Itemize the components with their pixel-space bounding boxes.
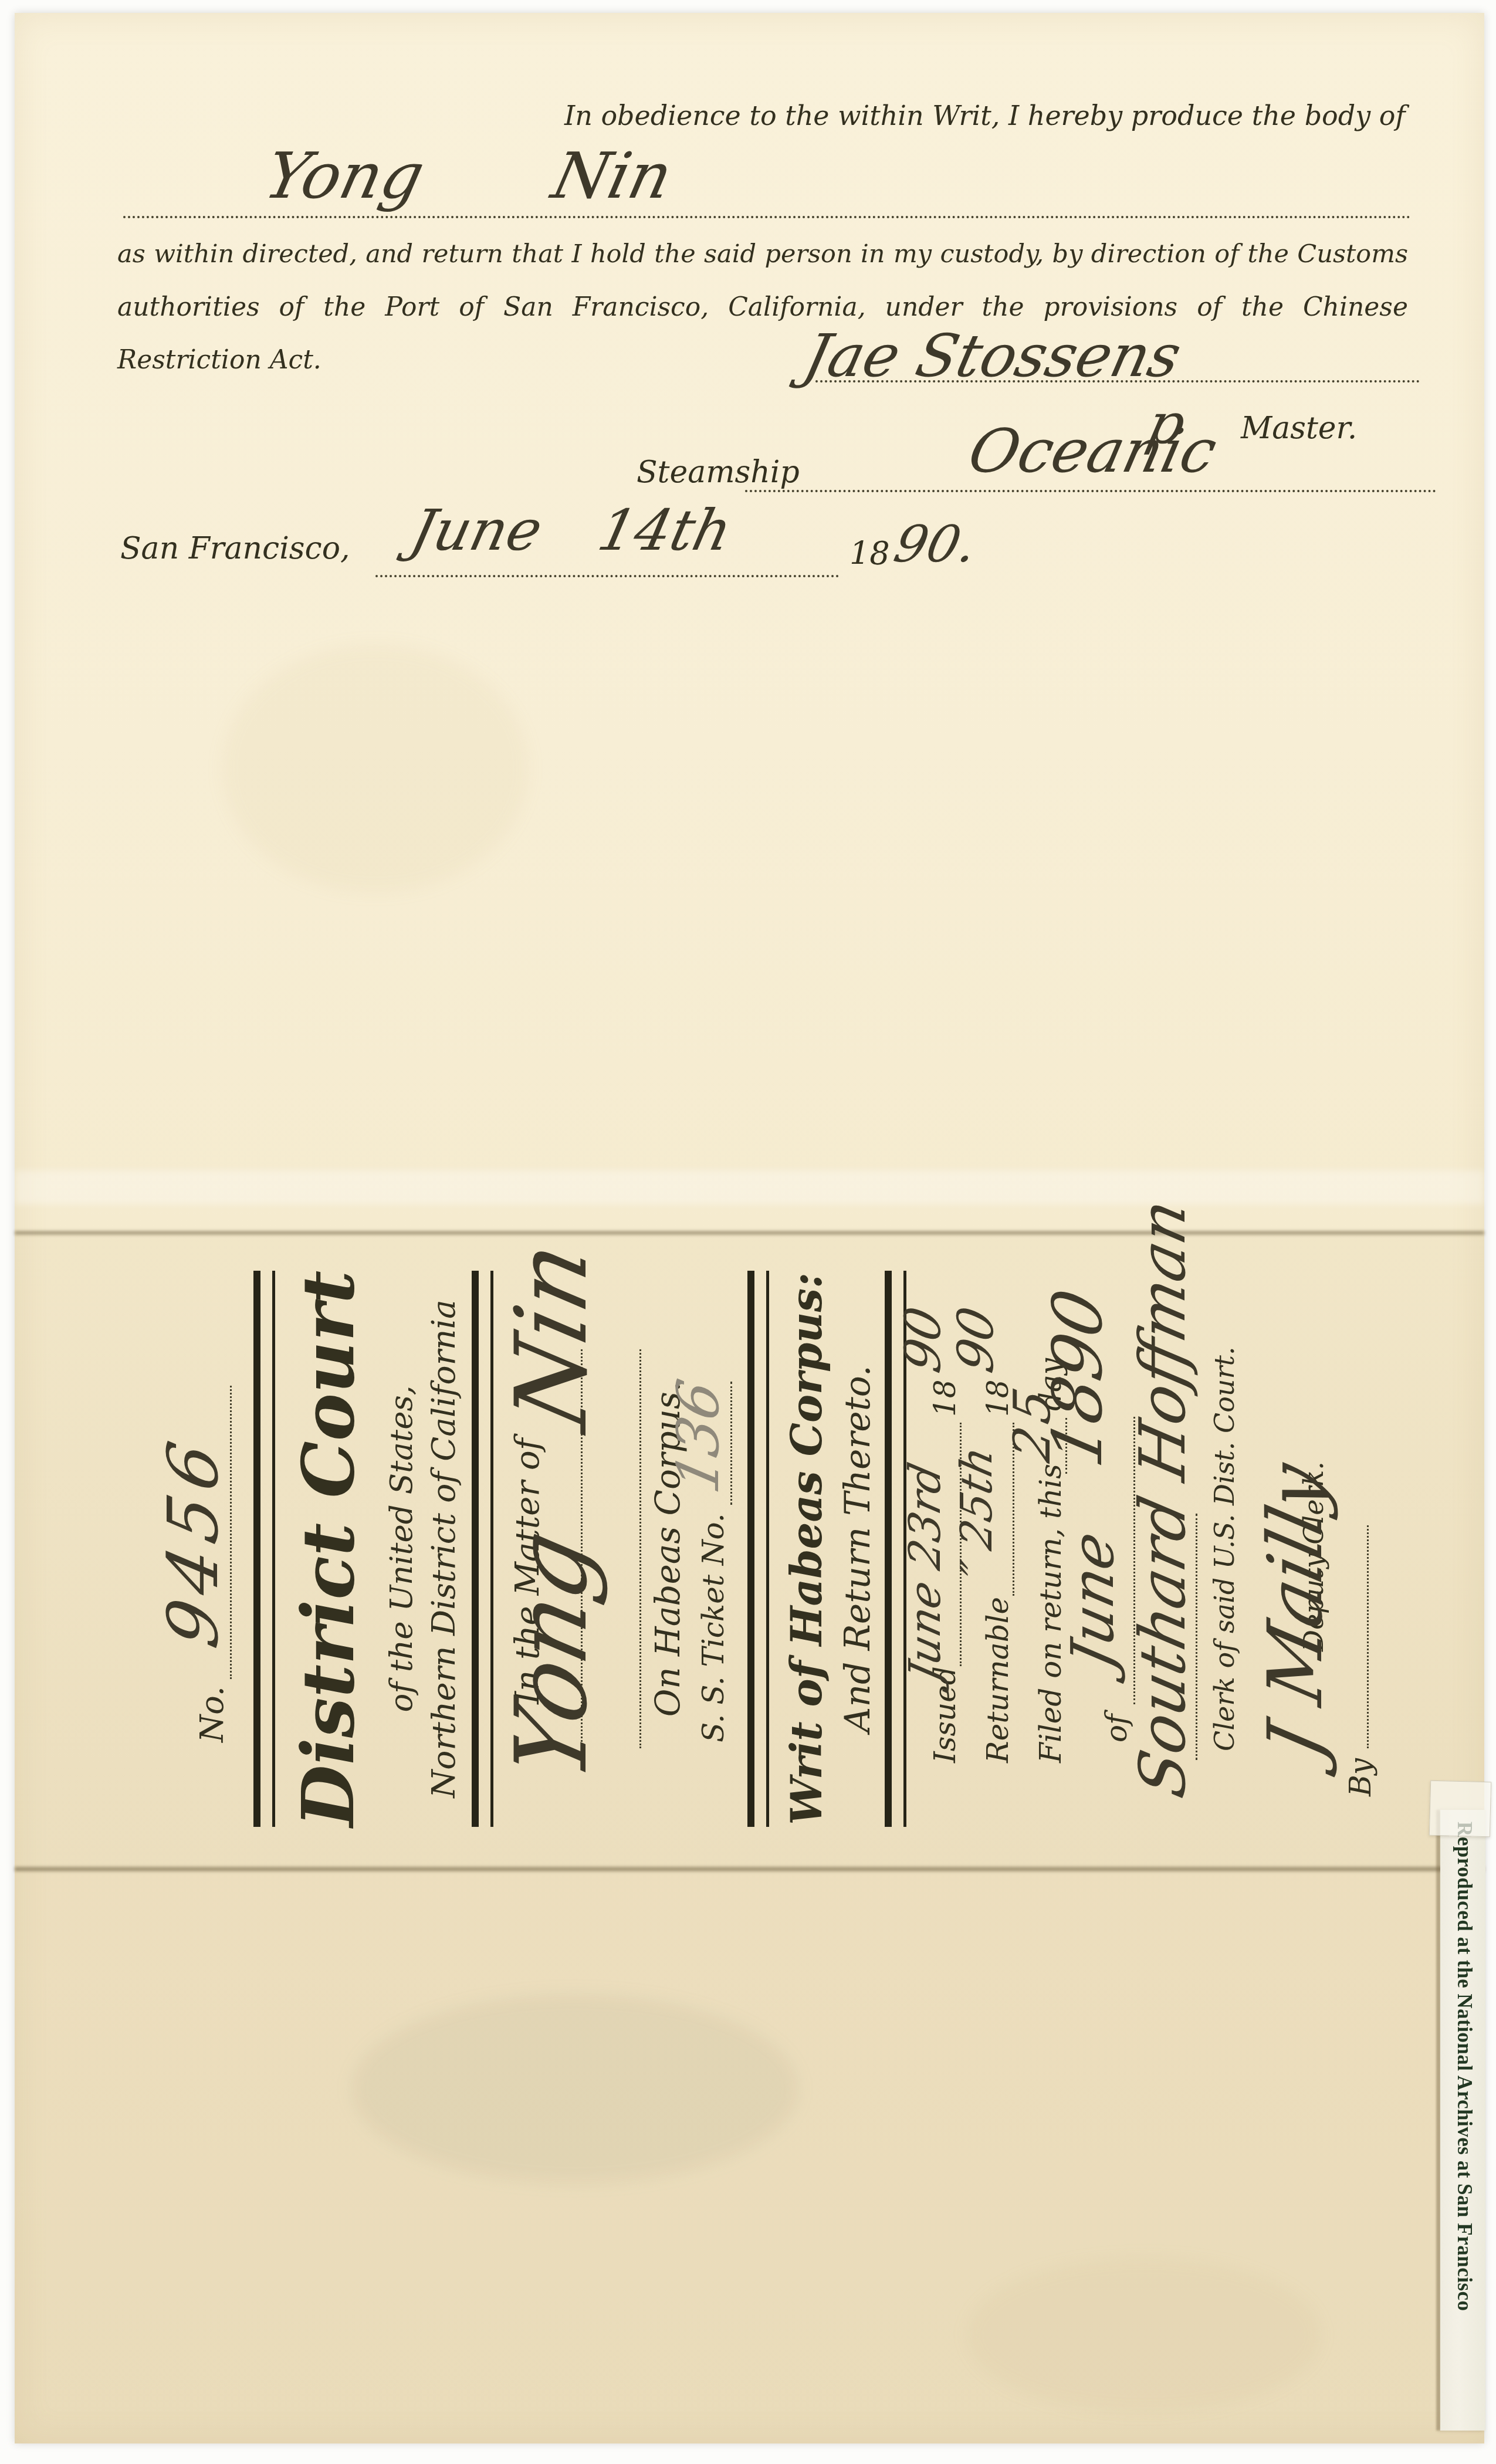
clerk-label: Clerk of said U.S. Dist. Court. (1209, 1346, 1240, 1751)
date-handwritten: June 14th (405, 497, 738, 563)
filed-year-handwritten: 1890 (1038, 1282, 1118, 1474)
place-label: San Francisco, (120, 531, 350, 566)
ticket-label: S. S. Ticket No. (696, 1513, 730, 1742)
double-rule (472, 1271, 479, 1827)
return-opening-line: In obedience to the within Writ, I hereb… (564, 100, 1409, 131)
year-handwritten: 90. (889, 515, 983, 574)
double-rule (272, 1271, 275, 1827)
returnable-year-handwritten: 90 (947, 1301, 1004, 1377)
clerk-signature: Southard Hoffman (1126, 1193, 1200, 1804)
paper-stain (223, 645, 528, 892)
issued-date-handwritten: June 23rd (900, 1458, 950, 1687)
writ-subtitle: And Return Thereto. (837, 1267, 878, 1830)
court-subtitle-1: of the United States, (384, 1267, 419, 1830)
habeas-label: On Habeas Corpus. (648, 1267, 688, 1830)
tape-fragment (1429, 1781, 1491, 1837)
by-label: By (1343, 1758, 1377, 1796)
fold-highlight (15, 1170, 1484, 1204)
case-number-label: No. (194, 1686, 231, 1742)
case-number-handwritten: 9456 (153, 1427, 233, 1654)
filed-month-handwritten: June (1058, 1525, 1127, 1675)
double-rule (253, 1271, 260, 1827)
returnable-date-handwritten: ″ 25th (952, 1441, 1002, 1584)
return-body-line3: Restriction Act. (117, 345, 587, 375)
return-body-line2: authorities of the Port of San Francisco… (117, 292, 1408, 322)
steamship-name-handwritten: Oceanic (962, 417, 1223, 486)
return-body-line1: as within directed, and return that I ho… (117, 239, 1408, 269)
court-subtitle-2: Northern District of California (425, 1267, 462, 1830)
double-rule (766, 1271, 769, 1827)
ticket-number-handwritten: 136 (665, 1374, 732, 1499)
detainee-name-handwritten: Yong Nin (258, 140, 679, 213)
master-label: Master. (1241, 411, 1357, 446)
paper-right-edge-shadow (1436, 1810, 1440, 2431)
deputy-signature: J Mailly (1252, 1456, 1339, 1766)
docket-panel-rotated: No. 9456 District Court of the United St… (165, 1267, 1426, 1830)
double-rule (747, 1271, 754, 1827)
matter-ruled-line-2 (611, 1349, 641, 1748)
issued-year-printed: 18 (928, 1379, 962, 1417)
master-signature: Jae Stossens (798, 321, 1187, 390)
fold-crease-upper (15, 1231, 1484, 1235)
scanned-document-page: In obedience to the within Writ, I hereb… (0, 0, 1496, 2464)
matter-name-handwritten: Yong Nin (494, 1231, 609, 1789)
fold-crease-lower (15, 1867, 1484, 1871)
court-title: District Court (286, 1267, 370, 1830)
issued-year-handwritten: 90 (894, 1301, 952, 1377)
lower-section-tint (15, 1871, 1484, 2443)
returnable-label: Returnable (981, 1597, 1015, 1763)
writ-title: Writ of Habeas Corpus: (781, 1267, 831, 1830)
year-printed: 18 (849, 535, 890, 572)
double-rule (885, 1271, 892, 1827)
archives-strip-text: Reproduced at the National Archives at S… (1450, 1822, 1476, 2432)
double-rule (490, 1271, 493, 1827)
